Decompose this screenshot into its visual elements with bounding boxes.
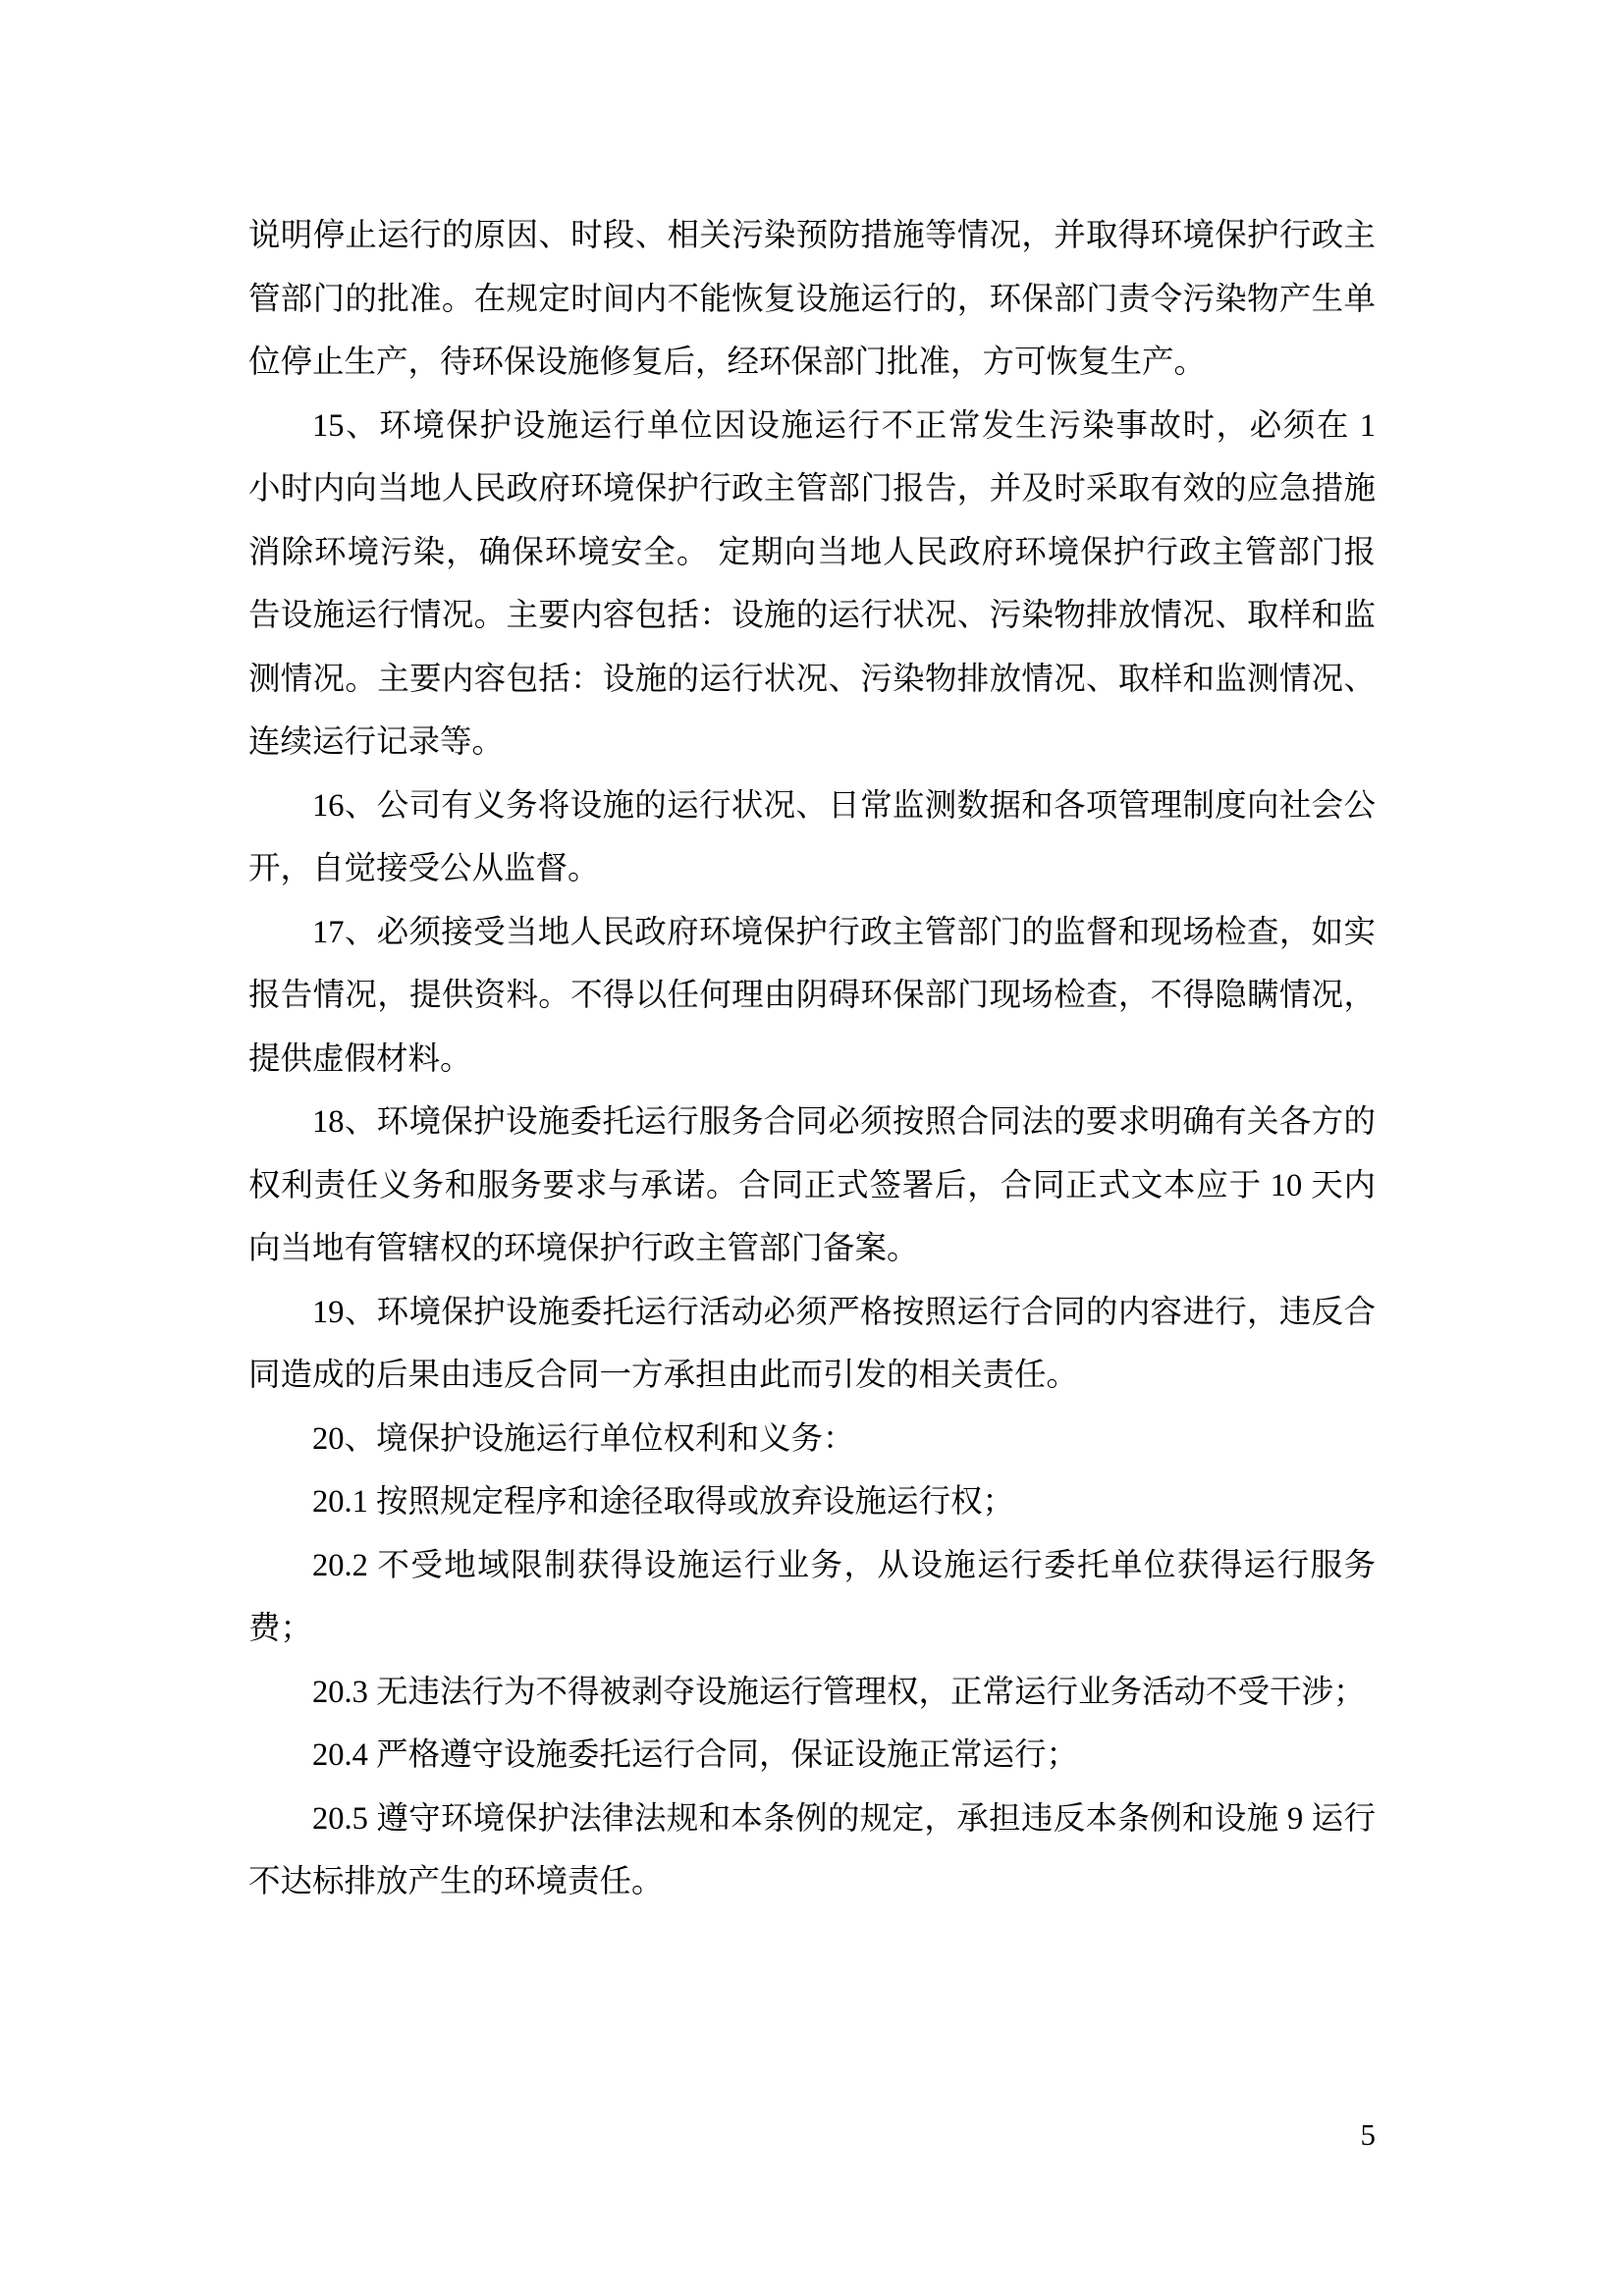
text-line: 同造成的后果由违反合同一方承担由此而引发的相关责任。 <box>248 1344 1376 1408</box>
page-footer: 5 <box>248 2115 1376 2155</box>
page-number: 5 <box>1361 2117 1377 2152</box>
text-line: 向当地有管辖权的环境保护行政主管部门备案。 <box>248 1217 1376 1281</box>
text-line: 消除环境污染，确保环境安全。 定期向当地人民政府环境保护行政主管部门报 <box>248 521 1376 585</box>
text-line: 费； <box>248 1597 1376 1661</box>
text-line: 管部门的批准。在规定时间内不能恢复设施运行的，环保部门责令污染物产生单 <box>248 268 1376 332</box>
text-line: 连续运行记录等。 <box>248 711 1376 774</box>
text-line: 告设施运行情况。主要内容包括：设施的运行状况、污染物排放情况、取样和监 <box>248 584 1376 648</box>
text-line: 开，自觉接受公从监督。 <box>248 837 1376 901</box>
text-line: 小时内向当地人民政府环境保护行政主管部门报告，并及时采取有效的应急措施 <box>248 457 1376 521</box>
text-line: 20.1 按照规定程序和途径取得或放弃设施运行权； <box>248 1470 1376 1534</box>
text-line: 权利责任义务和服务要求与承诺。合同正式签署后，合同正式文本应于 10 天内 <box>248 1154 1376 1218</box>
text-line: 20、境保护设施运行单位权利和义务： <box>248 1408 1376 1471</box>
text-line: 19、环境保护设施委托运行活动必须严格按照运行合同的内容进行，违反合 <box>248 1281 1376 1345</box>
document-body: 说明停止运行的原因、时段、相关污染预防措施等情况，并取得环境保护行政主管部门的批… <box>248 204 1376 1914</box>
text-line: 18、环境保护设施委托运行服务合同必须按照合同法的要求明确有关各方的 <box>248 1091 1376 1154</box>
text-line: 不达标排放产生的环境责任。 <box>248 1850 1376 1914</box>
text-line: 提供虚假材料。 <box>248 1028 1376 1092</box>
text-line: 20.5 遵守环境保护法律法规和本条例的规定，承担违反本条例和设施 9 运行 <box>248 1788 1376 1851</box>
text-line: 16、公司有义务将设施的运行状况、日常监测数据和各项管理制度向社会公 <box>248 774 1376 838</box>
text-line: 说明停止运行的原因、时段、相关污染预防措施等情况，并取得环境保护行政主 <box>248 204 1376 268</box>
text-line: 15、环境保护设施运行单位因设施运行不正常发生污染事故时，必须在 1 <box>248 395 1376 458</box>
text-line: 20.2 不受地域限制获得设施运行业务，从设施运行委托单位获得运行服务 <box>248 1534 1376 1598</box>
text-line: 20.3 无违法行为不得被剥夺设施运行管理权，正常运行业务活动不受干涉； <box>248 1661 1376 1725</box>
text-line: 报告情况，提供资料。不得以任何理由阴碍环保部门现场检查，不得隐瞒情况， <box>248 964 1376 1028</box>
text-line: 测情况。主要内容包括：设施的运行状况、污染物排放情况、取样和监测情况、 <box>248 648 1376 712</box>
text-line: 17、必须接受当地人民政府环境保护行政主管部门的监督和现场检查，如实 <box>248 901 1376 965</box>
text-line: 位停止生产，待环保设施修复后，经环保部门批准，方可恢复生产。 <box>248 331 1376 395</box>
text-line: 20.4 严格遵守设施委托运行合同，保证设施正常运行； <box>248 1724 1376 1788</box>
document-page: 说明停止运行的原因、时段、相关污染预防措施等情况，并取得环境保护行政主管部门的批… <box>0 0 1624 2296</box>
